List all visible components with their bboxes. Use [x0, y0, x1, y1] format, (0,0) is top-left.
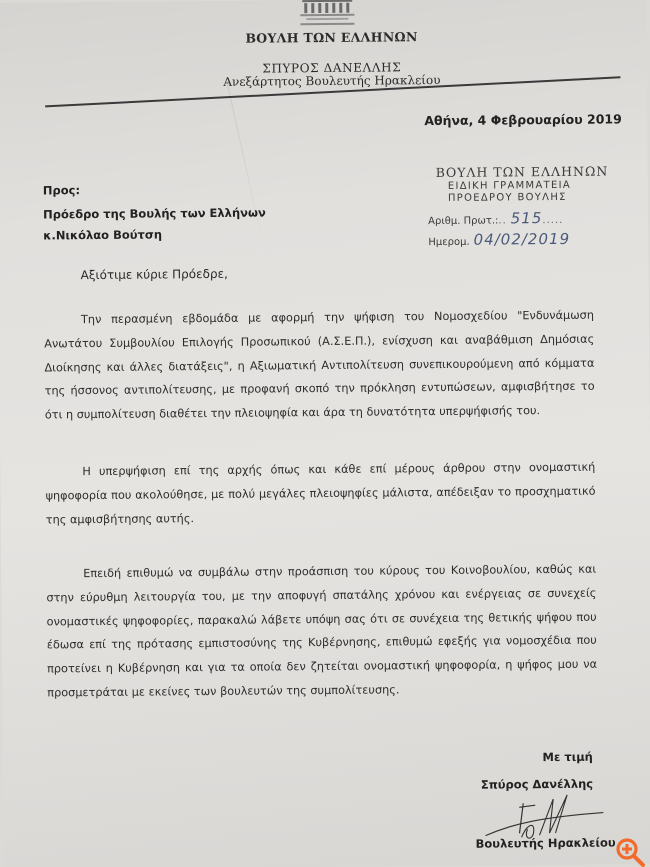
recipient-name: κ.Νικόλαο Βούτση	[43, 227, 162, 242]
recipient-label: Προς:	[43, 183, 80, 197]
date-line: Αθήνα, 4 Φεβρουαρίου 2019	[424, 111, 622, 128]
scanned-letter: ΒΟΥΛΗ ΤΩΝ ΕΛΛΗΝΩΝ ΣΠΥΡΟΣ ΔΑΝΕΛΛΗΣ Ανεξάρ…	[0, 0, 650, 867]
signatory-title: Βουλευτής Ηρακλείου	[476, 835, 616, 850]
stamp-date-row: Ημερομ. 04/02/2019	[428, 229, 628, 249]
body-paragraph: Την περασμένη εβδομάδα με αφορμή την ψήφ…	[44, 304, 595, 428]
stamp-institution: ΒΟΥΛΗ ΤΩΝ ΕΛΛΗΝΩΝ	[428, 163, 628, 180]
body-paragraph: Επειδή επιθυμώ να συμβάλω στην προάσπιση…	[46, 558, 597, 706]
stamp-office: ΠΡΟΕΔΡΟΥ ΒΟΥΛΗΣ	[428, 191, 628, 204]
stamp-date-label: Ημερομ.	[428, 237, 469, 248]
parliament-building-icon	[296, 0, 358, 26]
body-paragraph: Η υπερψήφιση επί της αρχής όπως και κάθε…	[45, 456, 596, 532]
stamp-protocol-row: Αριθμ. Πρωτ.: .. 515 .....	[428, 208, 628, 228]
stamp-date-value: 04/02/2019	[474, 230, 571, 249]
letterhead-institution: ΒΟΥΛΗ ΤΩΝ ΕΛΛΗΝΩΝ	[0, 27, 647, 48]
recipient-title: Πρόεδρο της Βουλής των Ελλήνων	[43, 206, 266, 222]
signatory-name: Σπύρος Δανέλλης	[481, 777, 593, 792]
salutation: Αξιότιμε κύριε Πρόεδρε,	[81, 267, 228, 282]
closing-greeting: Με τιμή	[542, 750, 592, 764]
zoom-in-button[interactable]	[614, 836, 648, 867]
zoom-in-icon	[614, 836, 648, 867]
stamp-protocol-label: Αριθμ. Πρωτ.:	[428, 215, 498, 227]
registry-stamp: ΒΟΥΛΗ ΤΩΝ ΕΛΛΗΝΩΝ ΕΙΔΙΚΗ ΓΡΑΜΜΑΤΕΙΑ ΠΡΟΕ…	[428, 163, 629, 249]
stamp-protocol-number: 515	[511, 209, 543, 227]
paper-fold-mark	[226, 81, 266, 257]
stamp-department: ΕΙΔΙΚΗ ΓΡΑΜΜΑΤΕΙΑ	[428, 179, 628, 192]
